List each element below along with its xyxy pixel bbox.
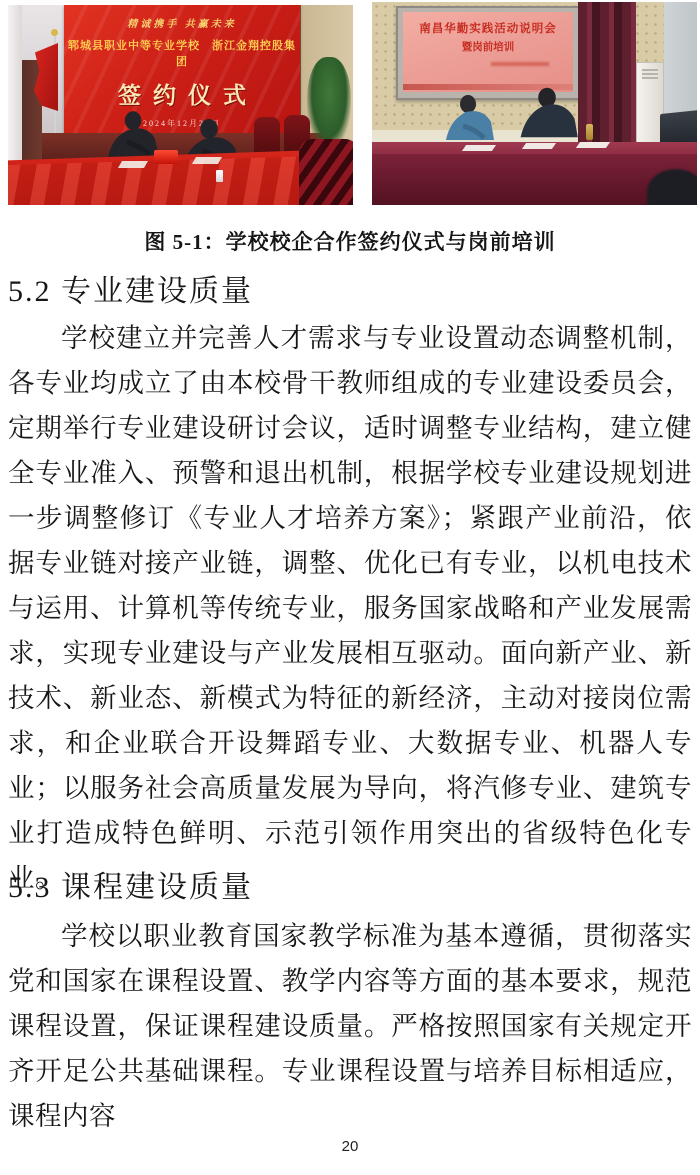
flag-pole-finial [51,29,58,36]
paper-sheet [576,142,610,148]
document-page: 精诚携手 共赢未来 郓城县职业中等专业学校 浙江金翔控股集团 签约仪式 2024… [0,0,700,1175]
screen-party-names: 郓城县职业中等专业学校 浙江金翔控股集团 [64,37,300,69]
laptop [660,110,697,146]
figure-photo-signing: 精诚携手 共赢未来 郓城县职业中等专业学校 浙江金翔控股集团 签约仪式 2024… [8,5,353,205]
section-paragraph-5-2: 学校建立并完善人才需求与专业设置动态调整机制，各专业均成立了由本校骨干教师组成的… [8,316,692,901]
person-silhouette-signer-left [100,111,162,157]
person-silhouette-speaker-left [438,90,498,146]
wall-column [8,5,22,175]
section-paragraph-5-3: 学校以职业教育国家教学标准为基本遵循，贯彻落实党和国家在课程设置、教学内容等方面… [8,914,692,1139]
slide-subtitle: 暨岗前培训 [403,39,573,54]
person-silhouette-speaker-right [514,82,580,144]
ac-vent [642,69,658,79]
red-folder [154,150,178,164]
section-heading-5-3: 5.3 课程建设质量 [8,862,253,906]
leather-chair [299,139,353,205]
paper-sheet [462,145,496,151]
figure-caption: 图 5-1：学校校企合作签约仪式与岗前培训 [0,226,700,256]
side-wall [664,2,697,122]
signing-document [118,161,148,168]
presentation-slide: 南昌华勤实践活动说明会 暨岗前培训 [403,12,573,92]
section-heading-5-2: 5.2 专业建设质量 [8,266,253,310]
figure-photo-training: 南昌华勤实践活动说明会 暨岗前培训 [372,2,697,205]
water-cup [216,170,223,182]
slide-small-text-smudge [491,62,549,66]
slide-title: 南昌华勤实践活动说明会 [403,20,573,36]
page-number: 20 [0,1138,700,1155]
screen-slogan: 精诚携手 共赢未来 [64,15,300,30]
screen-title: 签约仪式 [64,77,300,110]
potted-plant [307,57,351,149]
signing-document [192,157,222,164]
paper-sheet [522,143,556,149]
tea-bottle [586,124,593,140]
